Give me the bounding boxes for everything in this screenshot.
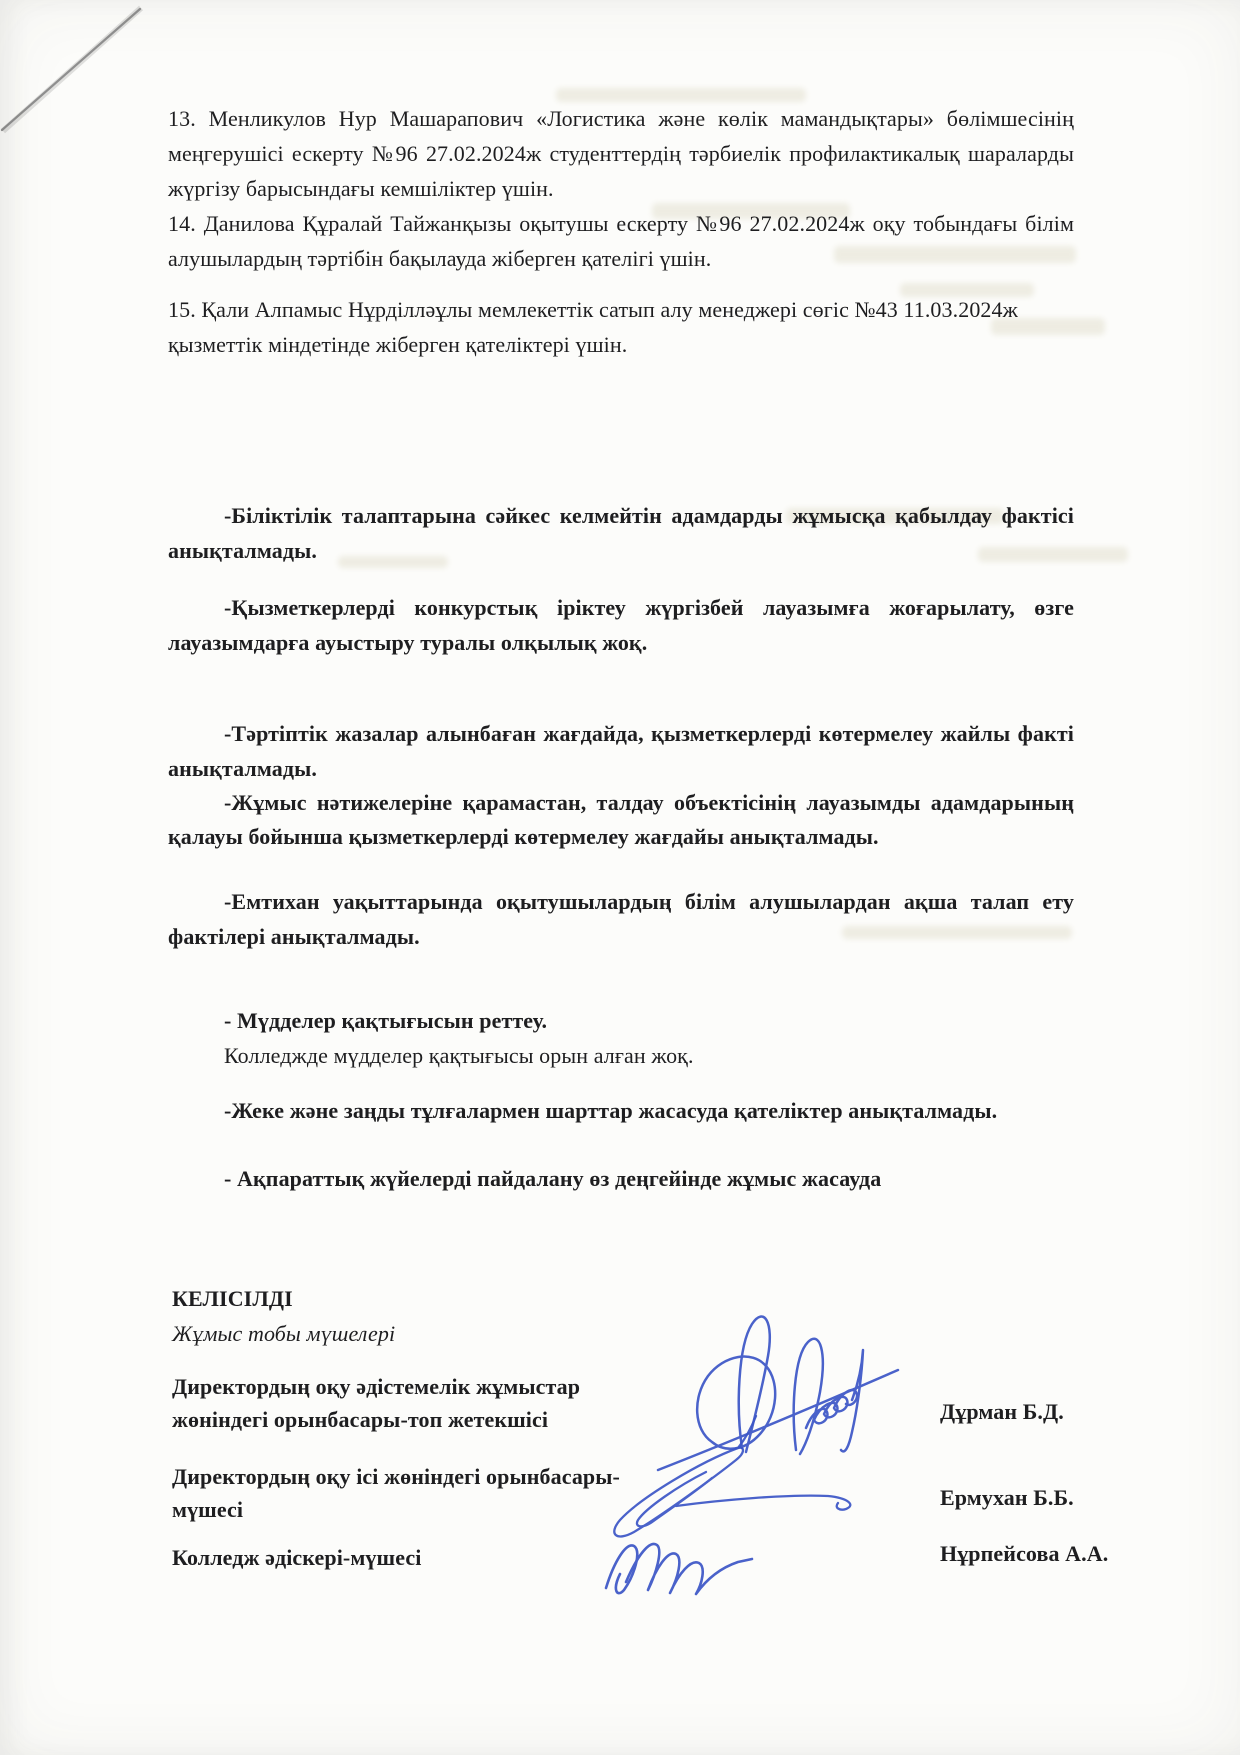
- signature-nurpeisova-ink: [606, 1544, 752, 1594]
- finding-qualification: -Біліктілік талаптарына сәйкес келмейтін…: [168, 498, 1074, 568]
- signatory-name-yermukhan: Ермухан Б.Б.: [940, 1480, 1160, 1515]
- signature-durman-ink: [658, 1317, 898, 1470]
- signatory-name-durman: Дұрман Б.Д.: [940, 1394, 1160, 1429]
- finding-competitive-selection: -Қызметкерлерді конкурстық іріктеу жүргі…: [168, 590, 1074, 660]
- signatory-role-deputy-academic: Директордың оқу ісі жөніндегі орынбасары…: [172, 1460, 622, 1526]
- finding-exam-money: -Емтихан уақыттарында оқытушылардың білі…: [168, 884, 1074, 954]
- disciplinary-item-14: 14. Данилова Құралай Тайжанқызы оқытушы …: [168, 206, 1074, 276]
- signatory-role-methodologist: Колледж әдіскері-мүшесі: [172, 1541, 622, 1574]
- finding-contracts: -Жеке және заңды тұлғалармен шарттар жас…: [168, 1093, 1074, 1128]
- bleed-through-smudge: [556, 88, 806, 102]
- disciplinary-item-13: 13. Менликулов Нур Машарапович «Логистик…: [168, 101, 1074, 206]
- signatory-role-deputy-methodical: Директордың оқу әдістемелік жұмыстар жөн…: [172, 1370, 622, 1436]
- approval-title: КЕЛІСІЛДІ: [172, 1281, 572, 1316]
- signature-yermukhan-ink: [614, 1416, 850, 1536]
- finding-information-systems: - Ақпараттық жүйелерді пайдалану өз деңг…: [168, 1161, 1074, 1196]
- disciplinary-item-15: 15. Қали Алпамыс Нұрділләұлы мемлекеттік…: [168, 292, 1074, 362]
- signatory-name-nurpeisova: Нұрпейсова А.А.: [940, 1536, 1160, 1571]
- approval-subtitle: Жұмыс тобы мүшелері: [172, 1316, 592, 1351]
- scanned-document-page: 13. Менликулов Нур Машарапович «Логистик…: [0, 0, 1240, 1755]
- finding-promotion-preference: -Жұмыс нәтижелеріне қарамастан, талдау о…: [168, 786, 1074, 854]
- scan-corner-line: [2, 8, 141, 131]
- finding-conflict-of-interest: - Мүдделер қақтығысын реттеу.: [168, 1003, 1074, 1038]
- conflict-of-interest-note: Колледжде мүдделер қақтығысы орын алған …: [168, 1038, 1074, 1073]
- finding-disciplinary-penalties: -Тәртіптік жазалар алынбаған жағдайда, қ…: [168, 716, 1074, 786]
